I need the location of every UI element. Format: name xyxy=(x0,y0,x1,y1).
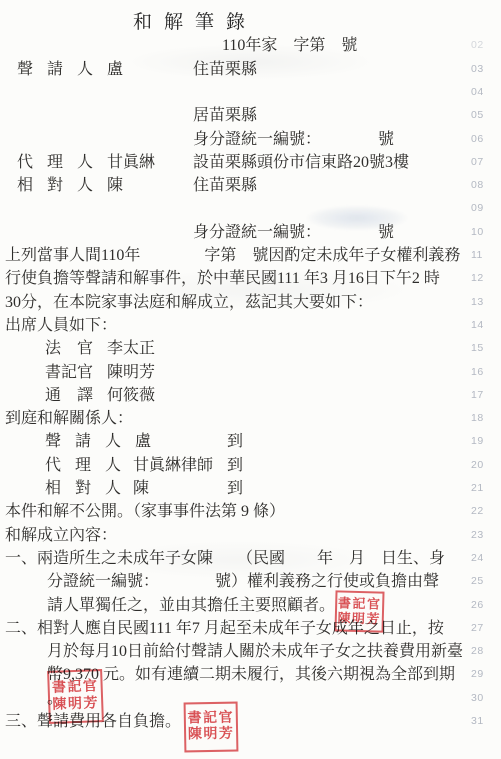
doc-line-number: 31 xyxy=(471,715,497,729)
doc-text-segment: 居苗栗縣 xyxy=(193,104,257,127)
doc-text-segment: 110年家 字第 號 xyxy=(222,34,357,57)
doc-line: 和解成立內容： xyxy=(0,524,470,547)
doc-text-segment: 甘眞綝律師 xyxy=(133,454,213,477)
clerk-seal-stamp-1: 書記官 陳明芳 xyxy=(334,590,384,632)
doc-text-segment: 幣9,370 元。如有連續二期未履行，其後六期視為全部到期 xyxy=(47,663,455,686)
doc-text-segment: 到 xyxy=(227,430,243,453)
doc-line: 110年家 字第 號 xyxy=(0,34,470,57)
doc-text-segment: 月於每月10日前給付聲請人關於未成年子女之扶養費用新臺 xyxy=(47,640,463,663)
doc-line-number: 05 xyxy=(471,109,497,123)
doc-line: 居苗栗縣 xyxy=(0,104,470,127)
stamp-title: 書記官 xyxy=(187,711,234,728)
doc-text-segment: 身分證統一編號： xyxy=(193,128,321,151)
doc-line-number: 29 xyxy=(471,668,497,682)
doc-line xyxy=(0,197,470,220)
doc-line: 書記官陳明芳 xyxy=(0,361,470,384)
doc-line: 到庭和解關係人： xyxy=(0,407,470,430)
doc-text-segment: 相對人 xyxy=(17,174,107,197)
doc-text-segment: 設苗栗縣頭份市信東路20號3樓 xyxy=(193,151,409,174)
doc-line-number: 21 xyxy=(471,482,497,496)
doc-text-segment: 身分證統一編號： xyxy=(193,221,321,244)
doc-line-number: 30 xyxy=(471,692,497,706)
doc-line-number: 11 xyxy=(471,249,497,263)
doc-line-number: 07 xyxy=(471,156,497,170)
doc-line: 30分，在本院家事法庭和解成立，茲記其大要如下： xyxy=(0,291,470,314)
doc-line: 分證統一編號： 號）權利義務之行使或負擔由聲 xyxy=(0,570,470,593)
doc-text-segment: 到庭和解關係人： xyxy=(5,407,133,430)
doc-line: 身分證統一編號：號 xyxy=(0,128,470,151)
doc-text-segment: 代理人 xyxy=(45,454,135,477)
doc-line-number: 09 xyxy=(471,202,497,216)
doc-text-segment: 上列當事人間110年 字第 號因酌定未成年子女權利義務 xyxy=(5,244,460,267)
doc-line-number: 14 xyxy=(471,319,497,333)
doc-text-segment: 通 譯 xyxy=(45,384,93,407)
doc-line: 聲請人盧到 xyxy=(0,430,470,453)
doc-line: 通 譯何筱薇 xyxy=(0,384,470,407)
doc-text-segment: 出席人員如下： xyxy=(5,314,117,337)
doc-text-segment: 何筱薇 xyxy=(107,384,155,407)
doc-line-number: 16 xyxy=(471,366,497,380)
doc-text-segment: 號 xyxy=(378,128,394,151)
scanned-court-document-page: 和解筆錄110年家 字第 號聲請人盧住苗栗縣居苗栗縣身分證統一編號：號代理人甘眞… xyxy=(0,0,501,759)
doc-text-segment: 和解成立內容： xyxy=(5,524,117,547)
stamp-title: 書記官 xyxy=(52,680,99,698)
doc-line-number: 17 xyxy=(471,389,497,403)
doc-line-number: 26 xyxy=(471,599,497,613)
doc-text-segment: 聲請人盧 xyxy=(17,58,137,81)
doc-line: 出席人員如下： xyxy=(0,314,470,337)
doc-line: 和解筆錄 xyxy=(0,11,470,34)
doc-text-segment: 住苗栗縣 xyxy=(193,58,257,81)
doc-line: 代理人甘眞綝設苗栗縣頭份市信東路20號3樓 xyxy=(0,151,470,174)
doc-line: 相對人陳住苗栗縣 xyxy=(0,174,470,197)
doc-line-number: 10 xyxy=(471,226,497,240)
doc-line-number: 20 xyxy=(471,459,497,473)
doc-line-number: 24 xyxy=(471,552,497,566)
doc-line-number: 19 xyxy=(471,435,497,449)
doc-text-segment: 甘眞綝 xyxy=(107,151,155,174)
doc-line-number: 23 xyxy=(471,529,497,543)
doc-line: 二、相對人應自民國111 年7 月起至未成年子女成年之日止，按 xyxy=(0,617,470,640)
doc-line-number: 28 xyxy=(471,645,497,659)
stamp-name: 陳明芳 xyxy=(188,727,235,744)
doc-line-number: 22 xyxy=(471,505,497,519)
doc-line-number: 12 xyxy=(471,272,497,286)
doc-line: 法 官李太正 xyxy=(0,337,470,360)
doc-text-segment: 陳明芳 xyxy=(107,361,155,384)
doc-line: 一、兩造所生之未成年子女陳 （民國 年 月 日生、身 xyxy=(0,547,470,570)
stamp-name: 陳明芳 xyxy=(52,696,99,714)
doc-line-number: 03 xyxy=(471,63,497,77)
doc-line: 相對人陳到 xyxy=(0,477,470,500)
doc-line-number: 02 xyxy=(471,39,497,53)
doc-title: 和解筆錄 xyxy=(133,11,257,34)
doc-line: 月於每月10日前給付聲請人關於未成年子女之扶養費用新臺 xyxy=(0,640,470,663)
doc-text-segment: 住苗栗縣 xyxy=(193,174,257,197)
doc-line: 身分證統一編號：號 xyxy=(0,221,470,244)
doc-text-segment: 到 xyxy=(227,477,243,500)
doc-text-segment: 代理人 xyxy=(17,151,107,174)
doc-text-segment: 分證統一編號： 號）權利義務之行使或負擔由聲 xyxy=(47,570,439,593)
doc-line: 本件和解不公開。（家事事件法第 9 條） xyxy=(0,500,470,523)
doc-line-number: 13 xyxy=(471,296,497,310)
doc-text-segment: 一、兩造所生之未成年子女陳 （民國 年 月 日生、身 xyxy=(5,547,445,570)
doc-line-number: 15 xyxy=(471,342,497,356)
doc-text-segment: 書記官 xyxy=(45,361,93,384)
doc-text-segment: 聲請人盧 xyxy=(45,430,165,453)
doc-text-segment: 30分，在本院家事法庭和解成立，茲記其大要如下： xyxy=(5,291,373,314)
doc-text-segment: 陳 xyxy=(133,477,149,500)
doc-text-segment: 本件和解不公開。（家事事件法第 9 條） xyxy=(5,500,285,523)
doc-line-number: 18 xyxy=(471,412,497,426)
doc-text-segment: 請人單獨任之，並由其擔任主要照顧者。 xyxy=(47,594,335,617)
doc-line: 行使負擔等聲請和解事件，於中華民國111 年3 月16日下午2 時 xyxy=(0,267,470,290)
doc-line: 代理人甘眞綝律師到 xyxy=(0,454,470,477)
doc-line xyxy=(0,81,470,104)
doc-line-number: 08 xyxy=(471,179,497,193)
doc-line: 上列當事人間110年 字第 號因酌定未成年子女權利義務 xyxy=(0,244,470,267)
clerk-seal-stamp-2: 書記官 陳明芳 xyxy=(47,669,104,724)
doc-text-segment: 相對人 xyxy=(45,477,135,500)
doc-text-segment: 行使負擔等聲請和解事件，於中華民國111 年3 月16日下午2 時 xyxy=(5,267,440,290)
clerk-seal-stamp-3: 書記官 陳明芳 xyxy=(184,702,239,753)
doc-line: 聲請人盧住苗栗縣 xyxy=(0,58,470,81)
doc-line-number: 27 xyxy=(471,622,497,636)
stamp-name: 陳明芳 xyxy=(337,611,381,627)
doc-text-segment: 法 官 xyxy=(45,337,93,360)
doc-text-segment: 陳 xyxy=(107,174,123,197)
doc-line-number: 04 xyxy=(471,86,497,100)
doc-line-number: 25 xyxy=(471,575,497,589)
doc-text-segment: 李太正 xyxy=(107,337,155,360)
doc-text-segment: 號 xyxy=(378,221,394,244)
doc-text-segment: 到 xyxy=(227,454,243,477)
doc-line-number: 06 xyxy=(471,133,497,147)
doc-line: 請人單獨任之，並由其擔任主要照顧者。 xyxy=(0,594,470,617)
